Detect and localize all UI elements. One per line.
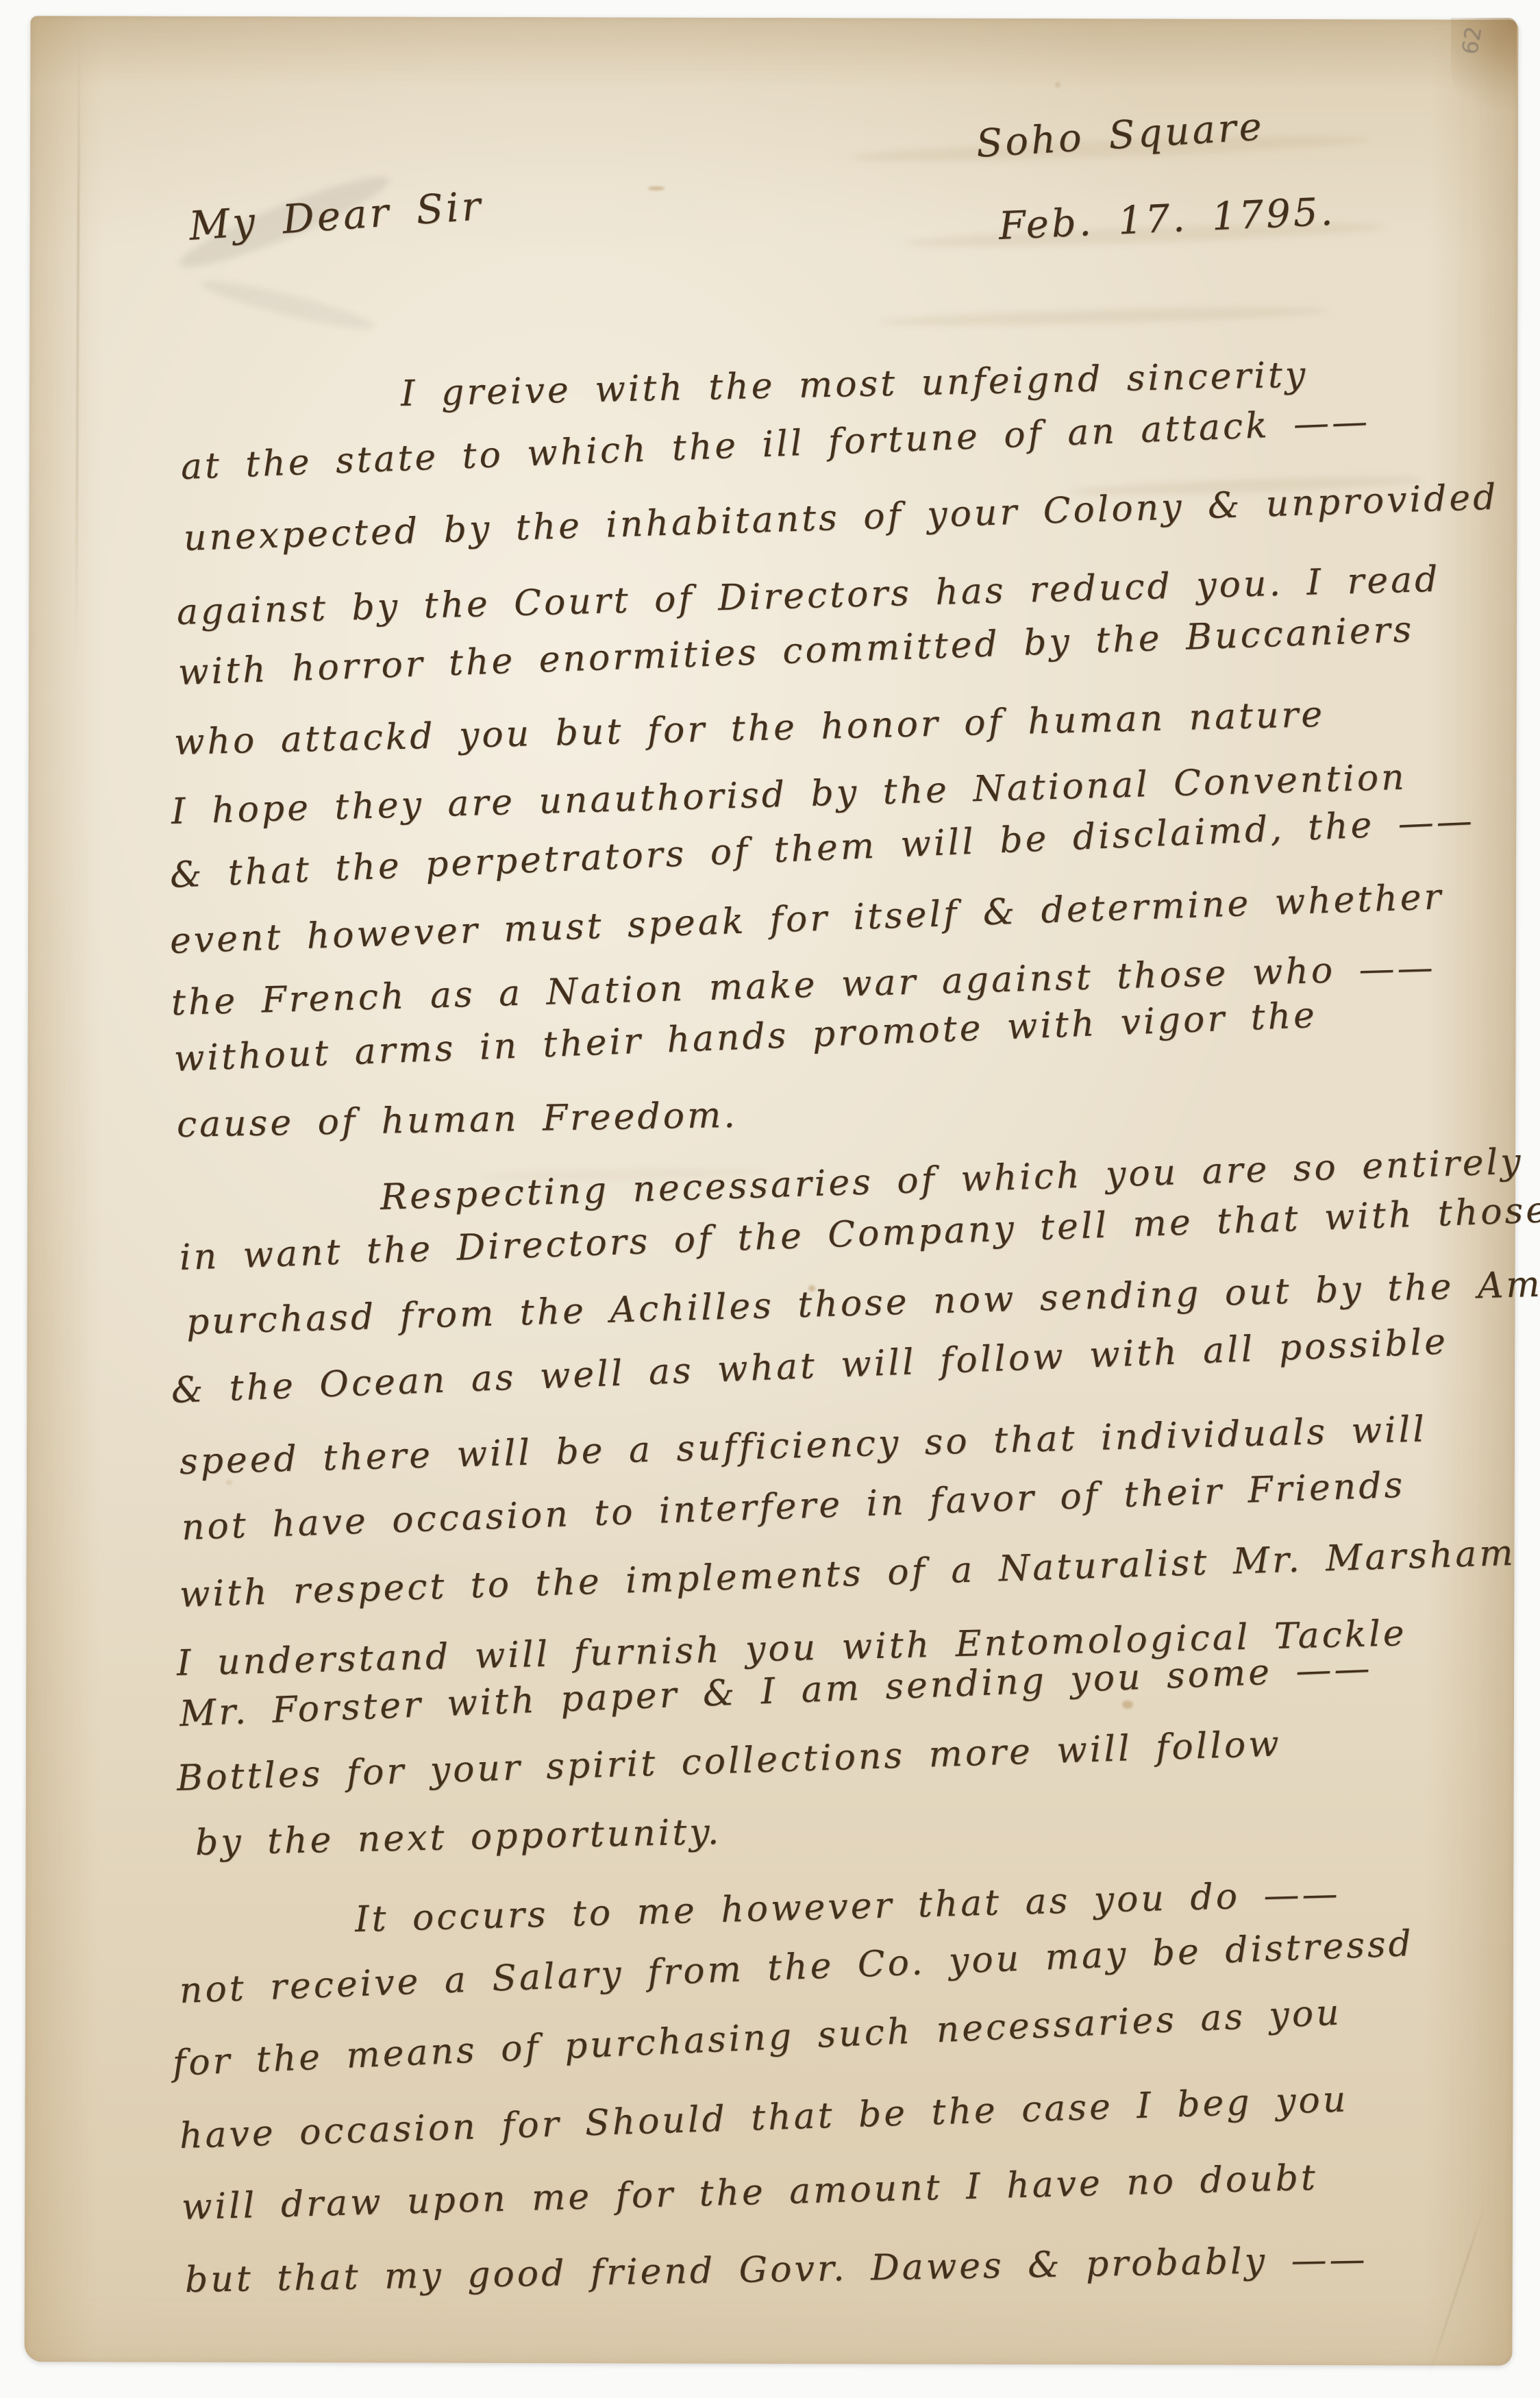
scan-background: { "letter": { "place_line": "Soho Square… xyxy=(0,0,1540,2398)
pencil-annotation: 62 xyxy=(1456,25,1487,57)
foxing-spot xyxy=(648,186,665,190)
foxing-spot xyxy=(1122,1701,1133,1709)
foxing-spot xyxy=(1055,82,1060,88)
